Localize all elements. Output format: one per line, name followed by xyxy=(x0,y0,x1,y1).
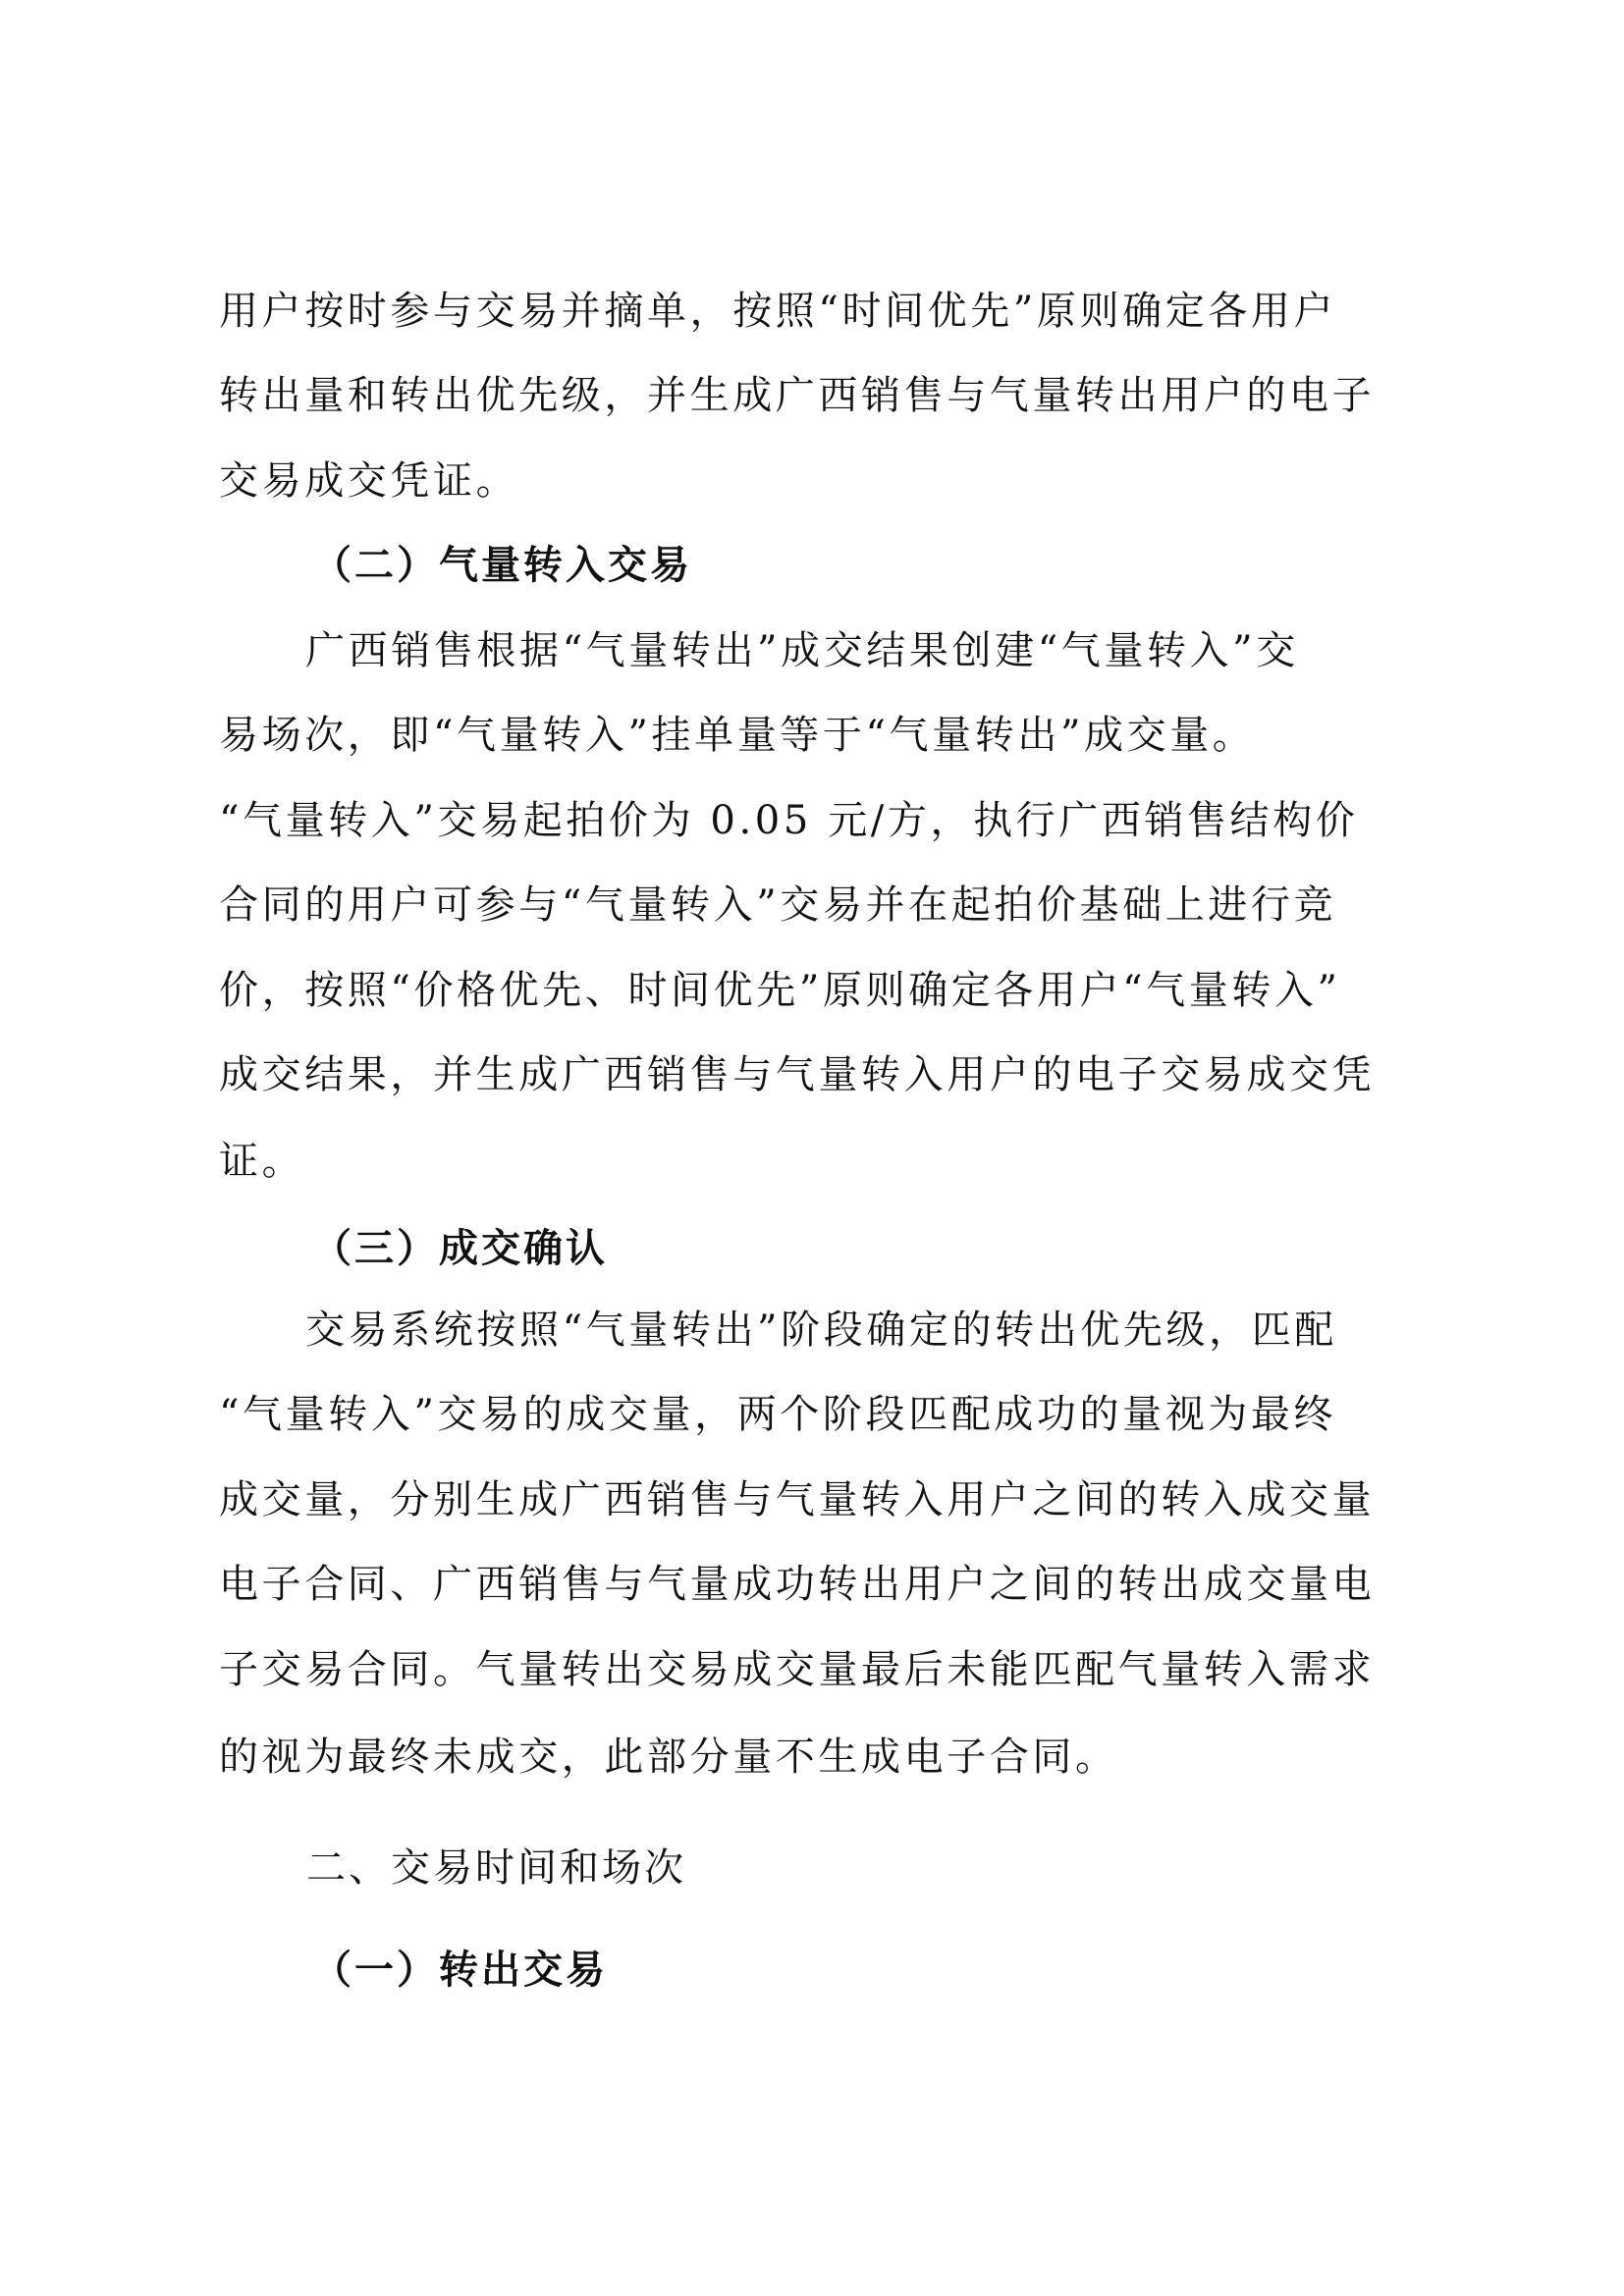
paragraph-line: 的视为最终未成交，此部分量不生成电子合同。 xyxy=(219,1728,1118,1787)
paragraph-line: 成交量，分别生成广西销售与气量转入用户之间的转入成交量 xyxy=(219,1470,1375,1529)
document-page: 用户按时参与交易并摘单，按照“时间优先”原则确定各用户 转出量和转出优先级，并生… xyxy=(0,0,1624,2296)
paragraph-line: 交易成交凭证。 xyxy=(219,452,518,510)
section-heading-gas-transfer-in: （二）气量转入交易 xyxy=(312,536,692,595)
paragraph-line: “气量转入”交易的成交量，两个阶段匹配成功的量视为最终 xyxy=(219,1385,1336,1444)
section-heading-trading-time: 二、交易时间和场次 xyxy=(306,1839,686,1897)
paragraph-line: 合同的用户可参与“气量转入”交易并在起拍价基础上进行竞 xyxy=(219,876,1336,934)
paragraph-line: 广西销售根据“气量转出”成交结果创建“气量转入”交 xyxy=(305,621,1299,680)
paragraph-line: 交易系统按照“气量转出”阶段确定的转出优先级，匹配 xyxy=(305,1301,1337,1360)
paragraph-line: “气量转入”交易起拍价为 0.05 元/方，执行广西销售结构价 xyxy=(219,791,1358,850)
paragraph-line: 证。 xyxy=(219,1132,304,1191)
paragraph-line: 电子合同、广西销售与气量成功转出用户之间的转出成交量电 xyxy=(219,1555,1375,1614)
paragraph-line: 转出量和转出优先级，并生成广西销售与气量转出用户的电子 xyxy=(219,366,1375,425)
section-heading-deal-confirmation: （三）成交确认 xyxy=(312,1219,608,1278)
paragraph-line: 用户按时参与交易并摘单，按照“时间优先”原则确定各用户 xyxy=(219,282,1336,341)
paragraph-line: 价，按照“价格优先、时间优先”原则确定各用户“气量转入” xyxy=(219,961,1341,1020)
paragraph-line: 成交结果，并生成广西销售与气量转入用户的电子交易成交凭 xyxy=(219,1045,1375,1104)
paragraph-line: 易场次，即“气量转入”挂单量等于“气量转出”成交量。 xyxy=(219,706,1255,765)
paragraph-line: 子交易合同。气量转出交易成交量最后未能匹配气量转入需求 xyxy=(219,1640,1375,1699)
section-heading-transfer-out: （一）转出交易 xyxy=(312,1941,608,2000)
